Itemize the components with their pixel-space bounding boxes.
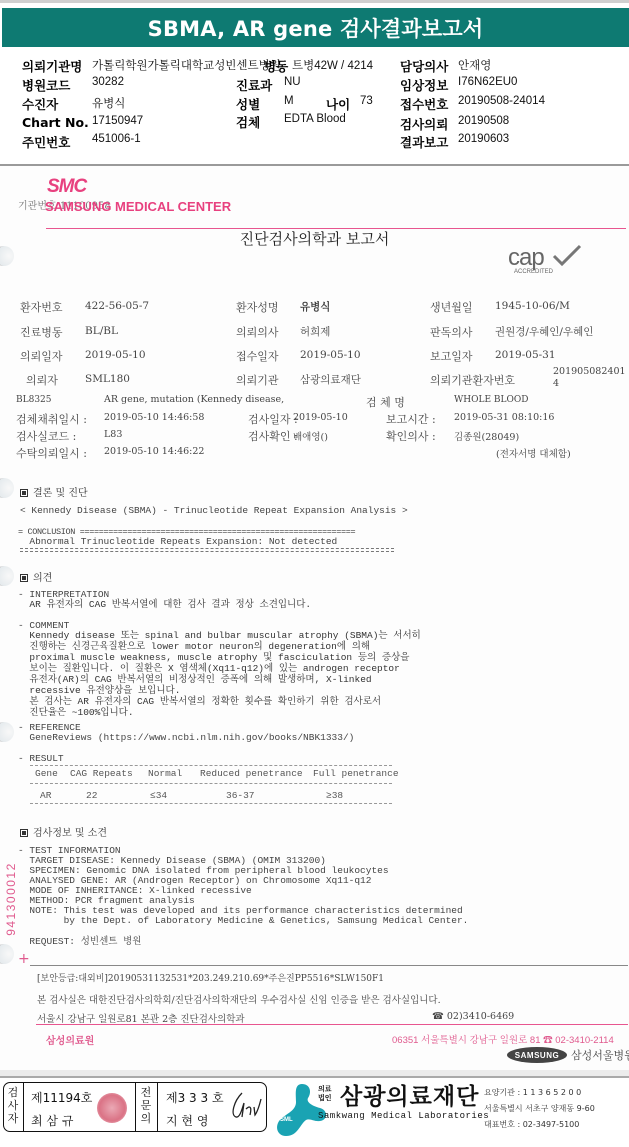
vertical-serial-text: 941300012 (4, 844, 18, 954)
collection-time-label: 검체채취일시 : (16, 411, 87, 427)
ward-value: BL/BL (85, 325, 118, 337)
sml-phone: 대표번호 : 02-3497-5100 (484, 1119, 579, 1130)
cell-cag-repeats: 22 (86, 790, 97, 801)
chart-no-label: Chart No. (22, 115, 89, 130)
lab-address: 서울시 강남구 일원로81 본관 2층 진단검사의학과 (37, 1011, 245, 1025)
signature-scribble-icon (228, 1089, 262, 1123)
sml-address: 서울특별시 서초구 양재동 9-60 (484, 1103, 595, 1114)
dept-label: 진료과 (236, 76, 272, 94)
lab-phone: ☎ 02)3410-6469 (432, 1011, 514, 1022)
punch-hole (0, 566, 14, 586)
reference-text: GeneReviews (https://www.ncbi.nlm.nih.go… (18, 732, 354, 743)
patient-value: 유병식 (92, 95, 125, 111)
smc-logo: SMC (47, 176, 86, 198)
sex-label: 성별 (236, 95, 260, 113)
comment-line: 본 검사는 AR 유전자의 CAG 반복서열의 정확한 횟수를 확인하기 위한 … (18, 696, 381, 707)
clinical-value: I76N62EU0 (458, 76, 517, 88)
confirm-doctor-value: 김종원(28049) (454, 429, 519, 443)
confirm-doctor-label: 확인의사 : (386, 428, 436, 444)
conclusion-title-text: 결론 및 진단 (33, 488, 88, 499)
square-bullet-icon (20, 829, 28, 837)
opinion-title-text: 의견 (33, 573, 52, 584)
birthdate-value: 1945-10-06/M (495, 300, 570, 312)
doctor-label: 담당의사 (400, 57, 448, 75)
opinion-section-title: 의견 (20, 569, 52, 584)
signature-box: 검사자 제11194호 최 삼 규 전문의 제3 3 3 호 지 현 영 (3, 1082, 267, 1132)
table-header-row: Gene CAG Repeats Normal Reduced penetran… (30, 768, 392, 788)
rrn-value: 451006-1 (92, 133, 141, 145)
comment-line: 보이는 질환입니다. 이 질환은 X 염색체(Xq11-q12)에 있는 and… (18, 663, 400, 674)
requesting-inst-label: 의뢰기관 (236, 372, 279, 388)
examiner-section (4, 1083, 136, 1131)
specimen-value: EDTA Blood (284, 113, 346, 125)
receipt-no-label: 접수번호 (400, 95, 448, 113)
result-table: Gene CAG Repeats Normal Reduced penetran… (30, 768, 392, 808)
collection-time-value: 2019-05-10 14:46:58 (104, 412, 204, 423)
requester-label: 의뢰자 (26, 372, 58, 388)
reading-doctor-value: 권원경/우혜인/우혜인 (495, 324, 593, 339)
column-header-full: Full penetrance (313, 768, 399, 779)
specialist-label: 전문의 (140, 1086, 154, 1125)
lab-code-label: 검사실코드 : (16, 428, 76, 444)
report-date-label: 결과보고 (400, 133, 448, 151)
test-name: AR gene, mutation (Kennedy disease, (104, 394, 284, 405)
report-time-value: 2019-05-31 08:10:16 (454, 412, 554, 423)
referring-doctor-value: 허희제 (300, 324, 330, 339)
summary-panel: 의뢰기관명 가톨릭학원가톨릭대학교성빈센트병원 병동 트병42W / 4214 … (0, 53, 629, 153)
lab-code-value: L83 (104, 429, 122, 440)
vertical-serial-number: 941300012 (4, 840, 18, 958)
column-header-cag: CAG Repeats (70, 768, 133, 779)
specialist-number: 제3 3 3 호 (166, 1089, 224, 1106)
conclusion-result: Abnormal Trinucleotide Repeats Expansion… (18, 536, 337, 547)
institution-value: 가톨릭학원가톨릭대학교성빈센트병원 (92, 57, 281, 73)
requester-value: SML180 (85, 373, 130, 385)
patient-label: 수진자 (22, 95, 58, 113)
sml-name-korean: 삼광의료재단 (340, 1078, 479, 1111)
punch-hole (0, 246, 14, 266)
test-info-section-title: 검사정보 및 소견 (20, 824, 107, 839)
table-rule-top (30, 765, 392, 766)
report-title-bar: SBMA, AR gene 검사결과보고서 (2, 8, 629, 47)
institution-label: 의뢰기관명 (22, 57, 82, 75)
smc-name: SAMSUNG MEDICAL CENTER (45, 199, 231, 214)
comment-line: 유전자(AR)의 CAG 반복서열의 비정상적인 증폭에 의해 발생하며, X-… (18, 674, 372, 685)
receipt-date-label: 접수일자 (236, 348, 279, 364)
consign-time-value: 2019-05-10 14:46:22 (104, 446, 204, 457)
report-date-value: 2019-05-31 (495, 349, 556, 361)
specimen-name-value: WHOLE BLOOD (454, 395, 528, 405)
double-rule (20, 548, 394, 552)
certification-text: 본 검사실은 대한진단검사의학회/진단검사의학재단의 우수검사실 신임 인증을 … (37, 992, 441, 1006)
sml-logo-text: SML (280, 1117, 293, 1123)
samsung-hospital-name: 삼성서울병원 (571, 1047, 629, 1063)
birthdate-label: 생년월일 (430, 299, 473, 315)
cell-reduced: 36-37 (226, 790, 255, 801)
cap-accredited-text: ACCREDITED (514, 269, 553, 275)
request-line: REQUEST: 성빈센트 병원 (18, 936, 141, 947)
request-date-value: 20190508 (458, 115, 509, 127)
referring-doctor-label: 의뢰의사 (236, 324, 279, 340)
hospital-address: 06351 서울특별시 강남구 일원로 81 ☎ 02-3410-2114 (392, 1032, 614, 1046)
square-bullet-icon (20, 574, 28, 582)
rrn-label: 주민번호 (22, 133, 70, 151)
security-line: [보안등급:대외비]20190531132531*203.249.210.69*… (37, 971, 384, 984)
receipt-date-value: 2019-05-10 (300, 349, 361, 361)
specialist-name: 지 현 영 (166, 1112, 208, 1129)
comment-line: 진단율은 ~100%입니다. (18, 707, 134, 718)
conclusion-section-title: 결론 및 진단 (20, 484, 88, 499)
test-code: BL8325 (16, 395, 52, 405)
clinical-label: 임상정보 (400, 76, 448, 94)
test-info-title-text: 검사정보 및 소견 (33, 828, 107, 839)
test-date-label: 검사일자 : (248, 411, 298, 427)
analysis-title: < Kennedy Disease (SBMA) - Trinucleotide… (20, 505, 408, 516)
specimen-name-label: 검 체 명 (366, 394, 405, 410)
doctor-value: 안재영 (458, 57, 491, 73)
specialist-label-col: 전문의 (136, 1083, 158, 1131)
comment-line: 진행하는 신경근육질환으로 lower motor neuron의 degene… (18, 641, 370, 652)
verifier-label: 검사확인 : (248, 428, 298, 444)
cell-gene: AR (40, 790, 51, 801)
ward-value: 트병42W / 4214 (292, 57, 373, 73)
ward-label: 병동 (264, 57, 288, 75)
requesting-inst-value: 삼광의료재단 (300, 372, 361, 387)
column-header-gene: Gene (35, 768, 58, 779)
age-value: 73 (360, 95, 373, 107)
inst-patient-no-value: 201905082401 (553, 366, 626, 377)
patient-name-label: 환자성명 (236, 299, 279, 315)
result-heading: - RESULT (18, 753, 64, 764)
patient-no-label: 환자번호 (20, 299, 63, 315)
hospital-code-label: 병원코드 (22, 76, 70, 94)
hospital-code-value: 30282 (92, 76, 124, 88)
report-date-value: 20190603 (458, 133, 509, 145)
patient-no-value: 422-56-05-7 (85, 300, 149, 312)
table-row: AR 22 ≤34 36-37 ≥38 (30, 788, 392, 808)
corp-type-label: 의료 법인 (318, 1085, 332, 1103)
plus-mark: + (18, 951, 30, 967)
pink-rule (36, 1024, 628, 1025)
specimen-label: 검체 (236, 113, 260, 131)
samsung-logo: SAMSUNG (507, 1047, 567, 1063)
consign-time-label: 수탁의뢰일시 : (16, 445, 87, 461)
top-border (0, 0, 629, 3)
column-header-normal: Normal (148, 768, 182, 779)
inst-patient-no-value-cont: 4 (553, 378, 559, 389)
checkmark-icon (552, 244, 582, 268)
cap-logo-text: cap (508, 244, 544, 272)
punch-hole (0, 722, 14, 742)
reading-doctor-label: 판독의사 (430, 324, 473, 340)
inst-patient-no-label: 의뢰기관환자번호 (430, 372, 515, 388)
verifier-value: 배애영() (293, 429, 328, 443)
sml-name-english: Samkwang Medical Laboratories (318, 1111, 489, 1121)
scanned-report: SMC 기관번호 11100958 SAMSUNG MEDICAL CENTER… (0, 166, 629, 1071)
patient-name-value: 유병식 (300, 299, 330, 314)
punch-hole (0, 478, 14, 498)
comment-line: proximal muscle weakness, muscle atrophy… (18, 652, 409, 663)
interpretation-text: AR 유전자의 CAG 반복서열에 대한 검사 결과 정상 소견입니다. (18, 599, 311, 610)
dept-value: NU (284, 76, 301, 88)
chart-no-value: 17150947 (92, 115, 143, 127)
cap-accredited-logo: cap ACCREDITED (508, 244, 588, 274)
footer-separator (0, 1070, 629, 1078)
request-date-label: 검사의뢰 (400, 115, 448, 133)
cell-normal: ≤34 (150, 790, 167, 801)
cell-full: ≥38 (326, 790, 343, 801)
footer-rule (30, 965, 628, 966)
ward-label: 진료병동 (20, 324, 63, 340)
hospital-left-label: 삼성의료원 (46, 1032, 94, 1047)
report-time-label: 보고시간 : (386, 411, 436, 427)
request-date-value: 2019-05-10 (85, 349, 146, 361)
comment-line: recessive 유전양상을 보입니다. (18, 685, 180, 696)
sex-value: M (284, 95, 294, 107)
test-date-value: 2019-05-10 (293, 412, 348, 423)
square-bullet-icon (20, 489, 28, 497)
corp-type-line-2: 법인 (318, 1094, 332, 1103)
receipt-no-value: 20190508-24014 (458, 95, 545, 107)
request-date-label: 의뢰일자 (20, 348, 63, 364)
sml-institution-no: 요양기관 : 1 1 3 6 5 2 0 0 (484, 1087, 581, 1098)
test-info-line: by the Dept. of Laboratory Medicine & Ge… (18, 915, 468, 926)
age-label: 나이 (326, 95, 350, 113)
electronic-signature-note: (전자서명 대체함) (496, 446, 571, 460)
corp-type-line-1: 의료 (318, 1085, 332, 1094)
comment-line: Kennedy disease 또는 spinal and bulbar mus… (18, 630, 421, 641)
report-date-label: 보고일자 (430, 348, 473, 364)
column-header-reduced: Reduced penetrance (200, 768, 303, 779)
